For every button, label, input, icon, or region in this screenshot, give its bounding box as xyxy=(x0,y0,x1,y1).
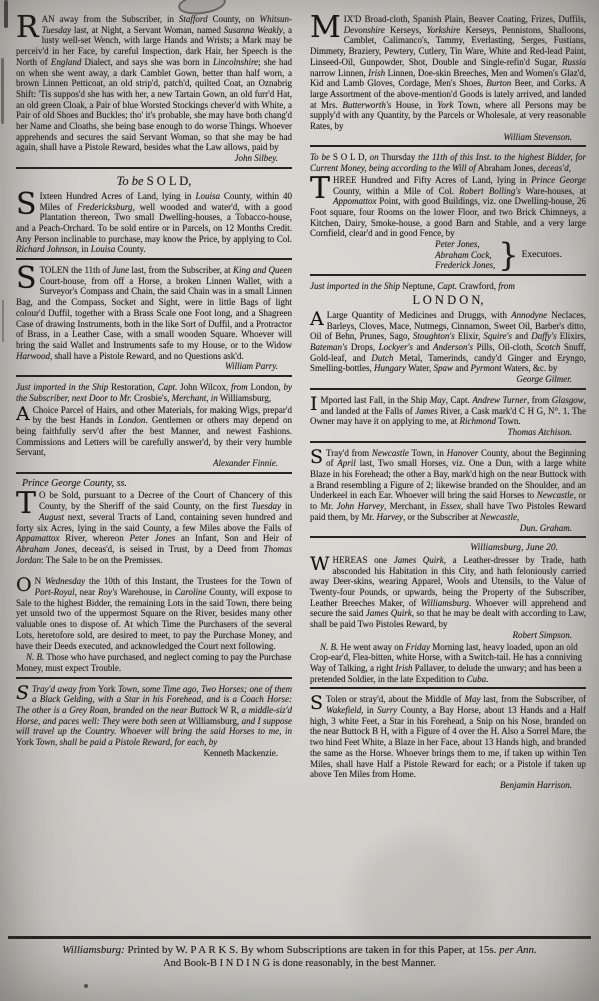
ad-heading: L O N D O N, xyxy=(310,293,586,308)
ad-body: THREE Hundred and Fifty Acres of Land, l… xyxy=(310,175,586,239)
ad-body: RAN away from the Subscriber, in Staffor… xyxy=(16,14,292,153)
ad-text: Tolen or stray'd, about the Middle of Ma… xyxy=(310,694,586,779)
scan-artifact-edge-mark xyxy=(4,0,8,28)
ad-signature: John Silbey. xyxy=(16,153,292,164)
ad-body: WHEREAS one James Quirk, a Leather-dress… xyxy=(310,555,586,630)
ad-runaway-servant: RAN away from the Subscriber, in Staffor… xyxy=(16,14,292,164)
ad-text: Choice Parcel of Hairs, and other Materi… xyxy=(16,405,292,458)
drop-cap: A xyxy=(310,311,324,328)
ad-body: ON Wednesday the 10th of this Instant, t… xyxy=(16,576,292,651)
ad-land-sale-louisa: To be S O L D, SIxteen Hundred Acres of … xyxy=(16,174,292,255)
drop-cap: M xyxy=(310,15,341,41)
ad-text: IX'D Broad-cloth, Spanish Plain, Beaver … xyxy=(310,14,586,131)
ad-signature: Robert Simpson. xyxy=(310,630,586,641)
brace-glyph: } xyxy=(498,240,518,270)
ad-body: SIxteen Hundred Acres of Land, lying in … xyxy=(16,191,292,255)
scan-artifact-edge-streak xyxy=(1,58,4,124)
ad-divider-rule xyxy=(310,441,586,443)
ad-text: HEREAS one James Quirk, a Leather-dresse… xyxy=(310,555,586,629)
drop-cap: S xyxy=(16,685,29,702)
ad-wakefield-horse: STolen or stray'd, about the Middle of M… xyxy=(310,694,586,790)
ad-nota-bene: N. B. He went away on Friday Morning las… xyxy=(310,642,586,685)
ad-divider-rule xyxy=(16,472,292,474)
ad-text: AN away from the Subscriber, in Stafford… xyxy=(16,14,292,152)
scan-artifact-dot xyxy=(84,984,88,988)
executor-name: Abraham Cock, xyxy=(435,250,495,261)
ad-intro: To be S O L D, on Thursday the 11th of t… xyxy=(310,152,586,173)
executors-label: Executors. xyxy=(522,250,562,261)
drop-cap: R xyxy=(16,15,39,41)
ad-divider-rule xyxy=(16,677,292,679)
ad-signature: Dun. Graham. xyxy=(310,523,586,534)
ad-signature: William Stevenson. xyxy=(310,132,586,143)
ad-body: MIX'D Broad-cloth, Spanish Plain, Beaver… xyxy=(310,14,586,132)
two-column-layout: RAN away from the Subscriber, in Staffor… xyxy=(16,14,586,939)
ad-text: HREE Hundred and Fifty Acres of Land, ly… xyxy=(310,175,586,239)
ad-text: Tray'd away from York Town, some Time ag… xyxy=(16,684,292,748)
drop-cap: O xyxy=(16,577,32,594)
ad-dateline: Williamsburg, June 20. xyxy=(310,543,586,554)
ad-body: TO be Sold, pursuant to a Decree of the … xyxy=(16,490,292,565)
ad-body: STolen or stray'd, about the Middle of M… xyxy=(310,694,586,780)
ad-divider-rule xyxy=(16,375,292,377)
ad-chancery-land-sale: Prince George County, ss. TO be Sold, pu… xyxy=(16,479,292,566)
imprint-footer: Williamsburg: Printed by W. P A R K S. B… xyxy=(0,944,599,970)
ad-cask-glasgow: IMported last Fall, in the Ship May, Cap… xyxy=(310,395,586,438)
ad-signature: Alexander Finnie. xyxy=(16,458,292,469)
ad-divider-rule xyxy=(310,687,586,689)
ad-text: Ixteen Hundred Acres of Land, lying in L… xyxy=(16,191,292,255)
imprint-line-2: And Book-B I N D I N G is done reasonabl… xyxy=(0,957,599,970)
drop-cap: S xyxy=(16,266,37,292)
drop-cap: T xyxy=(310,176,330,202)
ad-stolen-wallet: STOLEN the 11th of June last, from the S… xyxy=(16,265,292,372)
ad-signature: Thomas Atchison. xyxy=(310,427,586,438)
ad-body: STOLEN the 11th of June last, from the S… xyxy=(16,265,292,361)
ad-divider-rule xyxy=(16,258,292,260)
ad-signature: George Gilmer. xyxy=(310,374,586,385)
newspaper-page: RAN away from the Subscriber, in Staffor… xyxy=(0,0,599,1001)
executor-name: Peter Jones, xyxy=(435,239,495,250)
ad-wig-maker: Just imported in the Ship Restoration, C… xyxy=(16,382,292,469)
ad-intro: Just imported in the Ship Neptune, Capt.… xyxy=(310,281,586,292)
ad-body: STray'd from Newcastle Town, in Hanover … xyxy=(310,448,586,523)
ad-divider-rule xyxy=(310,388,586,390)
imprint-line-1: Williamsburg: Printed by W. P A R K S. B… xyxy=(0,944,599,957)
scan-artifact-edge-streak-2 xyxy=(2,300,4,342)
right-column: MIX'D Broad-cloth, Spanish Plain, Beaver… xyxy=(310,14,586,939)
executor-names: Peter Jones, Abraham Cock, Frederick Jon… xyxy=(435,239,495,271)
ad-text: N Wednesday the 10th of this Instant, th… xyxy=(16,576,292,650)
ad-text: O be Sold, pursuant to a Decree of the C… xyxy=(16,490,292,564)
drop-cap: A xyxy=(16,406,30,423)
ad-intro: Just imported in the Ship Restoration, C… xyxy=(16,382,292,403)
ad-body: AChoice Parcel of Hairs, and other Mater… xyxy=(16,405,292,459)
ad-divider-rule xyxy=(310,274,586,276)
ad-nota-bene: N. B. Those who have purchased, and negl… xyxy=(16,652,292,673)
ad-divider-rule xyxy=(16,167,292,169)
drop-cap: W xyxy=(310,556,330,573)
ad-text: Tray'd from Newcastle Town, in Hanover C… xyxy=(310,448,586,522)
ad-james-quirk: Williamsburg, June 20. WHEREAS one James… xyxy=(310,543,586,684)
left-column: RAN away from the Subscriber, in Staffor… xyxy=(16,14,292,939)
ad-newcastle-horses: STray'd from Newcastle Town, in Hanover … xyxy=(310,448,586,534)
ad-text: TOLEN the 11th of June last, from the Su… xyxy=(16,265,292,361)
ad-heading: Prince George County, ss. xyxy=(22,479,292,490)
ad-will-land-sale: To be S O L D, on Thursday the 11th of t… xyxy=(310,152,586,271)
ad-text: Mported last Fall, in the Ship May, Capt… xyxy=(310,395,586,426)
ad-divider-rule xyxy=(310,536,586,538)
drop-cap: T xyxy=(16,491,36,517)
ad-mixd-goods: MIX'D Broad-cloth, Spanish Plain, Beaver… xyxy=(310,14,586,142)
ad-signature: Benjamin Harrison. xyxy=(310,780,586,791)
footer-rule xyxy=(8,936,591,939)
drop-cap: S xyxy=(310,695,323,712)
ad-body: ALarge Quantity of Medicines and Druggs,… xyxy=(310,310,586,374)
executor-name: Frederick Jones, xyxy=(435,260,495,271)
ad-heading: To be S O L D, xyxy=(16,174,292,189)
ad-body: STray'd away from York Town, some Time a… xyxy=(16,684,292,748)
ad-signature: Kenneth Mackenzie. xyxy=(16,748,292,759)
ad-text: Large Quantity of Medicines and Druggs, … xyxy=(310,310,586,374)
ad-signature: William Parry. xyxy=(16,361,292,372)
ad-body: IMported last Fall, in the Ship May, Cap… xyxy=(310,395,586,427)
drop-cap: S xyxy=(16,192,37,218)
ad-medicines-neptune: Just imported in the Ship Neptune, Capt.… xyxy=(310,281,586,385)
drop-cap: I xyxy=(310,396,318,413)
ad-divider-rule xyxy=(310,145,586,147)
executors-block: Peter Jones, Abraham Cock, Frederick Jon… xyxy=(310,239,586,271)
ad-strayed-horses-york: STray'd away from York Town, some Time a… xyxy=(16,684,292,759)
drop-cap: S xyxy=(310,449,323,466)
ad-port-royal-lots: ON Wednesday the 10th of this Instant, t… xyxy=(16,576,292,673)
